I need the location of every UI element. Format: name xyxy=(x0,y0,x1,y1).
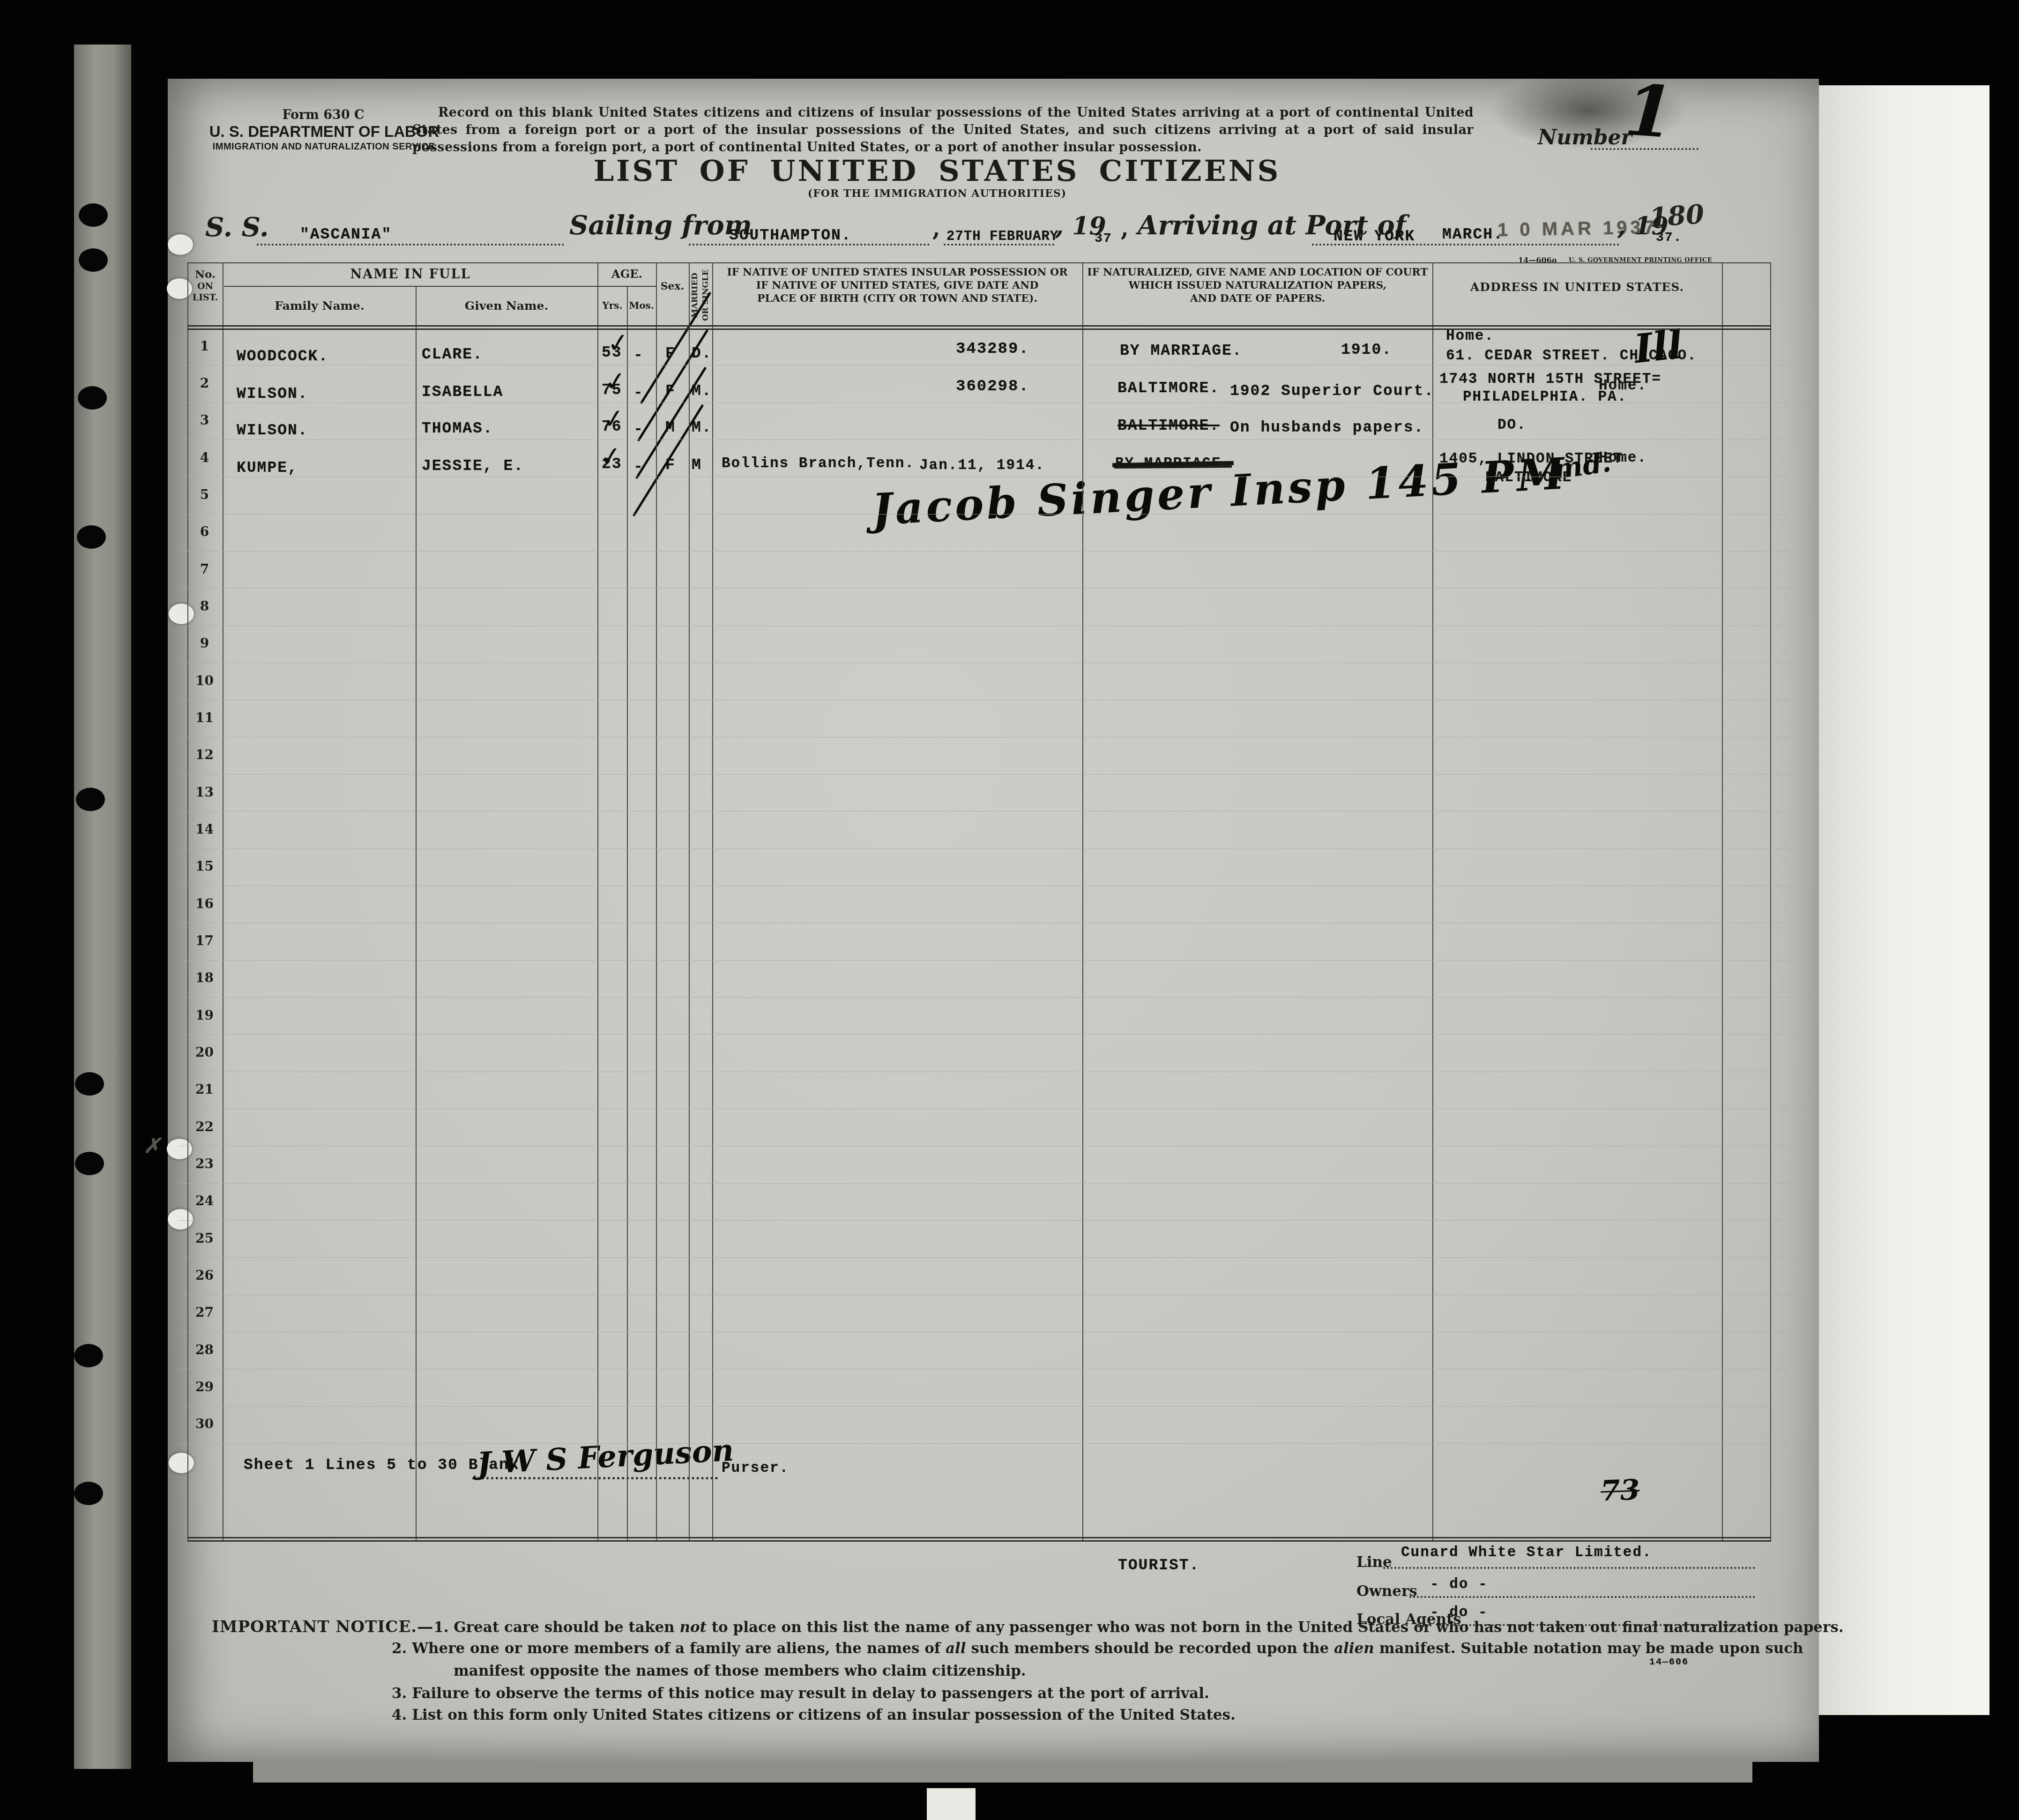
page-tab xyxy=(927,1788,976,1820)
r4-sex: F xyxy=(665,456,676,474)
r3-given: THOMAS. xyxy=(422,420,493,437)
row-number: 26 xyxy=(187,1268,222,1283)
name-underline xyxy=(224,286,656,287)
row-line xyxy=(178,1295,1809,1295)
table-bottom-line xyxy=(187,1537,1771,1538)
row-number: 12 xyxy=(187,747,222,763)
r1-birth-cert: 343289. xyxy=(956,340,1029,358)
form-instructions: Record on this blank United States citiz… xyxy=(412,104,1474,156)
notice-3-text: Failure to observe the terms of this not… xyxy=(412,1685,1209,1702)
col-given-name: Given Name. xyxy=(416,299,597,313)
r2-given: ISABELLA xyxy=(422,383,503,401)
punch-hole xyxy=(79,248,108,272)
row-line xyxy=(178,997,1809,998)
col-name-in-full: NAME IN FULL xyxy=(224,267,597,282)
arrival-port: NEW YORK xyxy=(1334,228,1415,245)
col-age: AGE. xyxy=(598,267,656,281)
row-number: 18 xyxy=(187,970,222,986)
ss-label: S. S. xyxy=(205,212,268,243)
line-dotted xyxy=(1383,1567,1755,1569)
row-line xyxy=(178,440,1809,440)
row-number: 21 xyxy=(187,1082,222,1097)
r1-family: WOODCOCK. xyxy=(237,348,328,365)
number-handwritten: 1 xyxy=(1622,69,1676,155)
column-line xyxy=(597,262,598,1540)
notice-1-italic: not xyxy=(679,1619,707,1636)
col-no-2: ON xyxy=(188,281,222,291)
row-number: 8 xyxy=(187,598,222,614)
r4-addr-home: Home. xyxy=(1599,450,1647,466)
punch-hole xyxy=(75,1072,104,1096)
row-number: 11 xyxy=(187,710,222,726)
notice-1-num: 1. xyxy=(433,1619,448,1636)
row-line xyxy=(178,700,1809,700)
col-nat-l1: IF NATURALIZED, GIVE NAME AND LOCATION O… xyxy=(1084,266,1431,278)
row-line xyxy=(178,1146,1809,1146)
column-line xyxy=(1432,262,1433,1540)
departure-date: 27TH FEBRUARY xyxy=(946,229,1058,244)
notice-1b: to place on this list the name of any pa… xyxy=(707,1619,1844,1636)
column-line xyxy=(416,287,417,1540)
punch-hole xyxy=(75,1152,104,1175)
col-birth-l1: IF NATIVE OF UNITED STATES INSULAR POSSE… xyxy=(714,266,1080,278)
row-number: 5 xyxy=(187,487,222,503)
column-line xyxy=(689,262,690,1540)
notice-heading: IMPORTANT NOTICE.— xyxy=(212,1618,433,1636)
r1-nat-date: 1910. xyxy=(1341,341,1392,358)
col-yrs: Yrs. xyxy=(598,300,627,311)
notice-4-text: List on this form only United States cit… xyxy=(412,1707,1236,1723)
r2-family: WILSON. xyxy=(237,385,308,403)
checkmark: ✓ xyxy=(601,403,626,436)
paper-hole xyxy=(169,1453,194,1473)
row-line xyxy=(178,365,1809,365)
row-number: 27 xyxy=(187,1305,222,1320)
column-line xyxy=(712,262,713,1540)
r4-birth-place: Bollins Branch,Tenn. xyxy=(722,455,915,472)
notice-line-1: IMPORTANT NOTICE.—1. Great care should b… xyxy=(212,1618,1844,1636)
col-address: ADDRESS IN UNITED STATES. xyxy=(1434,280,1721,294)
ship-dotted-line xyxy=(257,244,564,246)
row-line xyxy=(178,774,1809,775)
departure-port: SOUTHAMPTON. xyxy=(729,227,852,244)
row-line xyxy=(178,1109,1809,1109)
header-double-line xyxy=(187,325,1771,327)
pencil-mark: ✗ xyxy=(143,1134,161,1158)
row-line xyxy=(178,849,1809,849)
row-number: 17 xyxy=(187,933,222,949)
row-line xyxy=(178,1369,1809,1369)
comma-printed-2: , xyxy=(1121,216,1129,242)
row-number: 6 xyxy=(187,524,222,540)
header-double-line xyxy=(187,328,1771,330)
row-line xyxy=(178,1406,1809,1407)
r1-addr-home: Home. xyxy=(1446,328,1494,344)
r2-nat-court: BALTIMORE. xyxy=(1118,380,1220,397)
notice-2-num: 2. xyxy=(392,1640,407,1657)
row-number: 25 xyxy=(187,1231,222,1246)
under-sheet-edge xyxy=(253,1760,1752,1783)
row-line xyxy=(178,1183,1809,1184)
r3-marital: M. xyxy=(692,419,712,436)
owners-value: - do - xyxy=(1430,1576,1488,1593)
col-nat-l2: WHICH ISSUED NATURALIZATION PAPERS, xyxy=(1084,279,1431,291)
r3-nat-note: On husbands papers. xyxy=(1230,419,1424,436)
row-line xyxy=(178,663,1809,663)
r4-family: KUMPE, xyxy=(237,459,298,477)
scanned-manifest-page: ✗ Form 630 C U. S. DEPARTMENT OF LABOR I… xyxy=(0,0,2019,1820)
row-line xyxy=(178,923,1809,923)
r1-mos: - xyxy=(633,347,644,364)
r4-birth-date: Jan.11, 1914. xyxy=(919,457,1045,474)
notice-4-num: 4. xyxy=(392,1707,407,1723)
col-family-name: Family Name. xyxy=(224,299,415,313)
notice-2-italic-2: alien xyxy=(1334,1640,1374,1657)
checkmark: ✓ xyxy=(603,365,628,398)
row-number: 14 xyxy=(187,821,222,837)
notice-line-3: 3. Failure to observe the terms of this … xyxy=(392,1685,1209,1702)
r3-family: WILSON. xyxy=(237,422,308,439)
comma-printed: , xyxy=(932,216,940,242)
column-line xyxy=(223,262,224,1540)
column-line xyxy=(1770,262,1771,1540)
col-birth-l2: IF NATIVE OF UNITED STATES, GIVE DATE AN… xyxy=(714,279,1080,291)
row-number: 22 xyxy=(187,1119,222,1135)
row-line xyxy=(178,1443,1809,1444)
arrival-year: 37. xyxy=(1656,231,1682,245)
r3-addr-ditto: DO. xyxy=(1497,417,1527,433)
column-line xyxy=(1722,262,1723,1540)
col-no-1: No. xyxy=(188,268,222,281)
row-line xyxy=(178,1257,1809,1258)
departure-year: 37 xyxy=(1095,231,1112,246)
row-number: 10 xyxy=(187,673,222,689)
row-number: 15 xyxy=(187,858,222,874)
row-number: 30 xyxy=(187,1416,222,1432)
notice-2c: manifest. Suitable notation may be made … xyxy=(1374,1640,1803,1657)
sheet-number-handwritten: 73 xyxy=(1600,1474,1640,1508)
punch-hole xyxy=(76,788,105,811)
arrival-month: MARCH. xyxy=(1442,226,1504,243)
row-number: 24 xyxy=(187,1193,222,1209)
column-line xyxy=(1082,262,1083,1540)
form-number: Form 630 C xyxy=(201,108,445,122)
notice-1a: Great care should be taken xyxy=(454,1619,679,1636)
r1-given: CLARE. xyxy=(422,346,483,363)
row-line xyxy=(178,886,1809,886)
punch-hole xyxy=(78,386,107,410)
form-code-small: 14—606 xyxy=(1649,1657,1689,1668)
punch-hole xyxy=(74,1344,103,1367)
row-line xyxy=(178,1332,1809,1332)
col-mos: Mos. xyxy=(627,300,656,311)
row-line xyxy=(178,811,1809,812)
paper-hole xyxy=(168,234,193,255)
row-number: 20 xyxy=(187,1044,222,1060)
line-value: Cunard White Star Limited. xyxy=(1401,1544,1652,1561)
row-number: 2 xyxy=(187,375,222,391)
notice-line-4: 4. List on this form only United States … xyxy=(392,1707,1236,1723)
row-line xyxy=(178,1072,1809,1072)
notice-line-2: 2. Where one or more members of a family… xyxy=(392,1640,1803,1657)
r3-nat-court-struck: BALTIMORE. xyxy=(1118,417,1220,434)
punch-hole xyxy=(79,203,108,227)
checkmark: ✓ xyxy=(598,440,623,473)
notice-2b: such members should be recorded upon the xyxy=(966,1640,1334,1657)
row-number: 13 xyxy=(187,784,222,800)
row-number: 1 xyxy=(187,338,222,354)
paper-hole xyxy=(168,1209,193,1230)
page-subtitle: (FOR THE IMMIGRATION AUTHORITIES) xyxy=(576,187,1298,200)
r4-given: JESSIE, E. xyxy=(422,457,524,475)
ship-name: "ASCANIA" xyxy=(300,226,392,243)
binder-strip xyxy=(74,45,131,1769)
col-sex: Sex. xyxy=(656,280,689,292)
row-number: 16 xyxy=(187,896,222,912)
next-page-sheet xyxy=(1817,85,1989,1715)
row-line xyxy=(178,477,1809,477)
row-number: 3 xyxy=(187,412,222,428)
r2-birth-cert: 360298. xyxy=(956,378,1029,395)
row-line xyxy=(178,551,1809,552)
row-number: 28 xyxy=(187,1342,222,1358)
row-line xyxy=(178,1220,1809,1221)
row-line xyxy=(178,1034,1809,1035)
notice-3-num: 3. xyxy=(392,1685,407,1702)
col-birth-l3: PLACE OF BIRTH (CITY OR TOWN AND STATE). xyxy=(714,292,1080,305)
row-line xyxy=(178,626,1809,626)
notice-line-2-cont: manifest opposite the names of those mem… xyxy=(454,1663,1026,1679)
purser-label: Purser. xyxy=(722,1460,789,1477)
r2-addr-home: Home. xyxy=(1599,378,1647,394)
col-no-3: LIST. xyxy=(188,292,222,303)
column-line xyxy=(627,287,628,1540)
page-title: LIST OF UNITED STATES CITIZENS xyxy=(576,154,1298,188)
r4-marital: M xyxy=(692,456,702,474)
number-label: Number xyxy=(1538,126,1632,149)
row-line xyxy=(178,737,1809,738)
owners-label: Owners xyxy=(1356,1583,1417,1600)
row-number: 4 xyxy=(187,450,222,466)
row-number: 23 xyxy=(187,1156,222,1172)
row-line xyxy=(178,514,1809,515)
r1-nat-court: BY MARRIAGE. xyxy=(1120,342,1243,359)
row-line xyxy=(178,588,1809,589)
column-line xyxy=(656,262,657,1540)
punch-hole xyxy=(77,525,106,549)
notice-2a: Where one or more members of a family ar… xyxy=(412,1640,946,1657)
col-nat-l3: AND DATE OF PAPERS. xyxy=(1084,292,1431,305)
row-number: 29 xyxy=(187,1379,222,1395)
punch-hole xyxy=(74,1482,103,1505)
class-note: TOURIST. xyxy=(1118,1557,1199,1574)
table-top-line xyxy=(187,262,1771,263)
gpo-code: 14—606o xyxy=(1518,256,1557,265)
table-bottom-line xyxy=(187,1540,1771,1542)
sailing-from-label: Sailing from xyxy=(569,210,752,241)
row-number: 9 xyxy=(187,635,222,651)
notice-2-italic: all xyxy=(946,1640,966,1657)
row-line xyxy=(178,403,1809,403)
row-number: 19 xyxy=(187,1007,222,1023)
owners-dotted xyxy=(1409,1596,1755,1598)
r2-nat-date: 1902 Superior Court. xyxy=(1230,382,1434,400)
row-number: 7 xyxy=(187,561,222,577)
row-line xyxy=(178,960,1809,961)
